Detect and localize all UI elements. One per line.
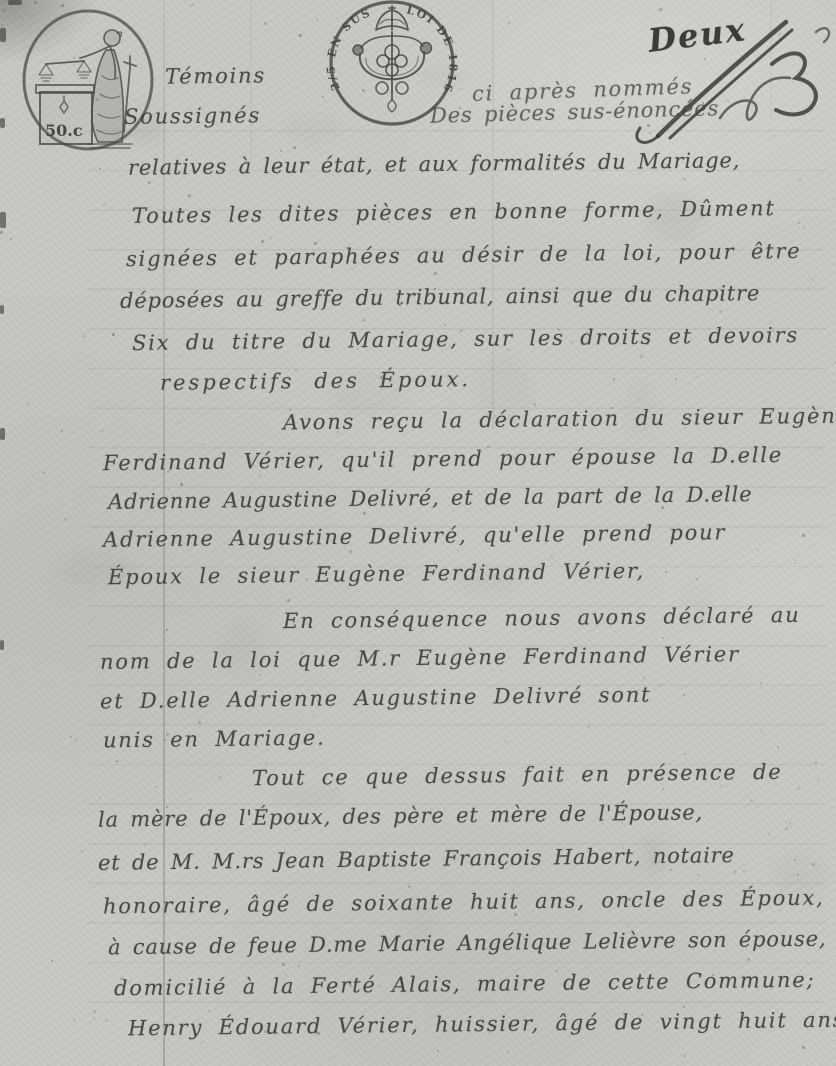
manuscript-line: à cause de feue D.me Marie Angélique Lel…: [108, 927, 827, 960]
manuscript-line: Henry Édouard Vérier, huissier, âgé de v…: [128, 1008, 836, 1041]
manuscript-line: unis en Mariage.: [103, 726, 326, 753]
scan-edge-mark: [0, 428, 5, 440]
manuscript-line: déposées au greffe du tribunal, ainsi qu…: [120, 281, 760, 313]
manuscript-line: Époux le sieur Eugène Ferdinand Vérier,: [108, 559, 645, 590]
scan-edge-mark: [0, 28, 6, 42]
scanned-document-page: 50.c: [0, 0, 836, 1066]
manuscript-line: et de M. M.rs Jean Baptiste François Hab…: [98, 843, 735, 875]
manuscript-line: nom de la loi que M.r Eugène Ferdinand V…: [100, 642, 740, 674]
manuscript-line: Tout ce que dessus fait en présence de: [252, 760, 783, 790]
manuscript-line: Six du titre du Mariage, sur les droits …: [132, 323, 799, 355]
manuscript-line: relatives à leur état, et aux formalités…: [128, 148, 740, 179]
manuscript-line: Soussignés: [124, 103, 261, 129]
scan-edge-mark: [0, 212, 6, 228]
manuscript-line: Adrienne Augustine Delivré, qu'elle pren…: [103, 520, 726, 552]
stamp-denomination: 50.c: [45, 121, 83, 140]
manuscript-line: domicilié à la Ferté Alais, maire de cet…: [114, 968, 816, 1001]
manuscript-line: Avons reçu la déclaration du sieur Eugèn…: [283, 404, 836, 435]
manuscript-line: Toutes les dites pièces en bonne forme, …: [132, 196, 776, 228]
manuscript-line: signées et paraphées au désir de la loi,…: [126, 239, 802, 271]
revenue-stamp-50c-icon: 50.c: [18, 6, 158, 156]
manuscript-line: respectifs des Époux.: [160, 367, 471, 395]
manuscript-line: la mère de l'Époux, des père et mère de …: [98, 800, 703, 831]
manuscript-line: Ferdinand Vérier, qu'il prend pour épous…: [103, 443, 783, 475]
scan-edge-mark: [8, 0, 22, 5]
scan-edge-mark: [0, 640, 4, 650]
scan-edge-mark: [0, 305, 4, 314]
scan-edge-mark: [0, 118, 5, 128]
stamp-arc-right-text: LOI DE 1816: [405, 3, 460, 95]
manuscript-line: honoraire, âgé de soixante huit ans, onc…: [103, 886, 825, 919]
svg-text:LOI DE 1816: LOI DE 1816: [405, 3, 460, 95]
manuscript-line: et D.elle Adrienne Augustine Delivré son…: [100, 683, 652, 714]
manuscript-line: Témoins: [165, 63, 266, 88]
manuscript-line: En conséquence nous avons déclaré au: [283, 603, 801, 633]
manuscript-line: Adrienne Augustine Delivré, et de la par…: [108, 482, 753, 514]
